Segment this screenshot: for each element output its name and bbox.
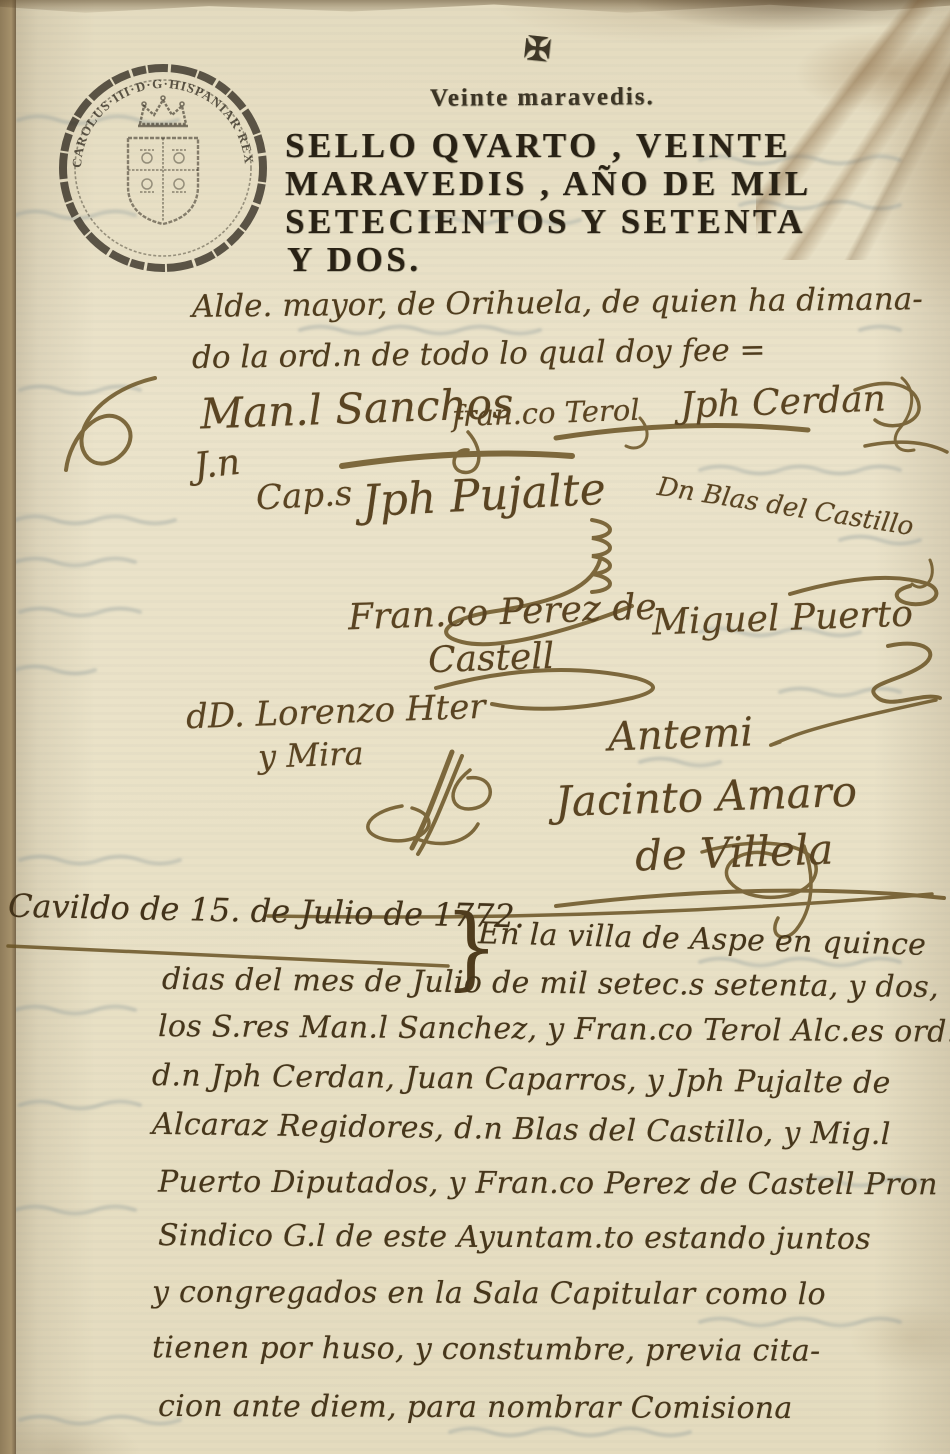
- body-line: dias del mes de Julio de mil setec.s set…: [162, 962, 939, 1005]
- signature-joseph-pujalte: Jph Pujalte: [361, 464, 607, 528]
- certification-line: do la ord.n de todo lo qual doy fee =: [192, 332, 766, 376]
- body-line: y congregados en la Sala Capitular como …: [152, 1275, 826, 1312]
- certification-line: Alde. mayor, de Orihuela, de quien ha di…: [192, 281, 923, 325]
- signature-de-villela: de Villela: [634, 825, 834, 881]
- signature-jacinto-amaro: Jacinto Amaro: [554, 767, 857, 827]
- body-line: Sindico G.l de este Ayuntam.to estando j…: [158, 1218, 871, 1257]
- royal-seal-stamp: CAROLUS·III·D·G·HISPANIAR·REX: [56, 58, 270, 278]
- maltese-cross-icon: ✠: [522, 29, 553, 70]
- tax-rubric-line: Veinte maravedis.: [430, 83, 655, 113]
- body-line: Puerto Diputados, y Fran.co Perez de Cas…: [158, 1165, 938, 1203]
- binding-edge: [0, 0, 16, 1454]
- signature-miguel-puerto: Miguel Puerto: [651, 593, 913, 643]
- body-line: En la villa de Aspe en quince: [478, 916, 927, 963]
- signature-blas-del-castillo: Dn Blas del Castillo: [655, 472, 915, 542]
- signature-castell: Castell: [427, 636, 555, 681]
- seal-text-line: SELLO QVARTO , VEINTE: [285, 126, 791, 166]
- signature-lorenzo: dD. Lorenzo Hter: [185, 687, 486, 737]
- signature-francisco-perez: Fran.co Perez de: [347, 587, 657, 639]
- seal-text-line: SETECIENTOS Y SETENTA: [285, 202, 806, 242]
- ante-mi-note: Antemi: [607, 709, 754, 760]
- body-line: los S.res Man.l Sanchez, y Fran.co Terol…: [158, 1009, 950, 1050]
- body-line: Alcaraz Regidores, d.n Blas del Castillo…: [152, 1107, 891, 1152]
- signature-francisco-terol: fran.co Terol: [451, 393, 640, 434]
- signature-y-mira: y Mira: [257, 734, 364, 776]
- body-line: d.n Jph Cerdan, Juan Caparros, y Jph Puj…: [152, 1058, 891, 1101]
- signature-juan-initial: J.n: [192, 442, 242, 488]
- seal-text-line: MARAVEDIS , AÑO DE MIL: [285, 164, 812, 204]
- signature-joseph-cerdan: Jph Cerdan: [679, 378, 886, 426]
- body-line: tienen por huso, y constumbre, previa ci…: [152, 1330, 821, 1369]
- signature-caparros: Cap.s: [255, 474, 353, 519]
- seal-text-line: Y DOS.: [287, 240, 421, 280]
- body-line: cion ante diem, para nombrar Comisiona: [158, 1389, 793, 1426]
- manuscript-page: CAROLUS·III·D·G·HISPANIAR·REX ✠ Veinte m…: [0, 0, 950, 1454]
